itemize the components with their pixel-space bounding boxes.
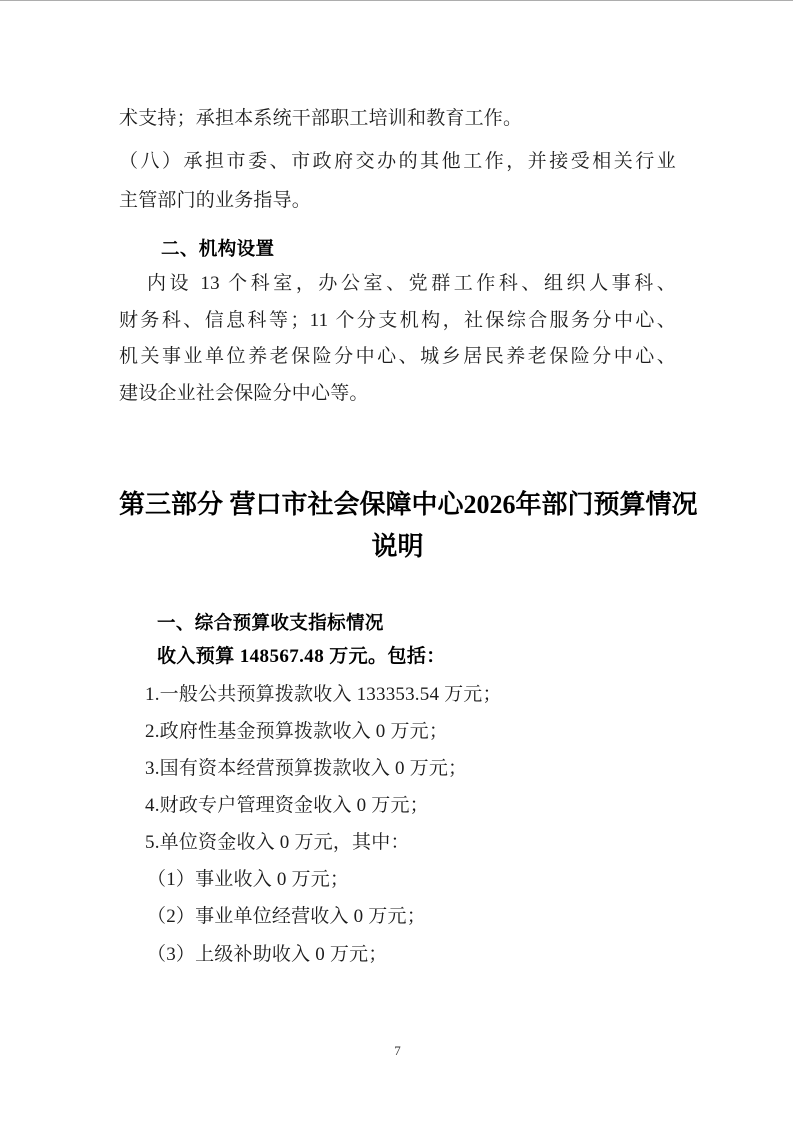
paragraph-line: 内设 13 个科室，办公室、党群工作科、组织人事科、 [119, 271, 676, 297]
list-item-4: 4.财政专户管理资金收入 0 万元； [119, 793, 676, 819]
paragraph-line: 财务科、信息科等；11 个分支机构，社保综合服务分中心、 [119, 308, 676, 334]
income-budget-lead: 收入预算 148567.48 万元。包括： [119, 644, 676, 670]
page-number: 7 [119, 1043, 676, 1059]
document-page: 术支持；承担本系统干部职工培训和教育工作。 （八）承担市委、市政府交办的其他工作… [0, 0, 793, 1123]
part-heading-line2: 说明 [119, 531, 676, 563]
sub-item-3: （3）上级补助收入 0 万元； [119, 942, 676, 968]
list-item-2: 2.政府性基金预算拨款收入 0 万元； [119, 719, 676, 745]
list-item-1: 1.一般公共预算拨款收入 133353.54 万元； [119, 682, 676, 708]
paragraph-line: 机关事业单位养老保险分中心、城乡居民养老保险分中心、 [119, 344, 676, 370]
sub-item-1: （1）事业收入 0 万元； [119, 867, 676, 893]
section-heading-budget-indicators: 一、综合预算收支指标情况 [119, 610, 676, 636]
sub-item-2: （2）事业单位经营收入 0 万元； [119, 904, 676, 930]
section-heading-org-setup: 二、机构设置 [119, 236, 676, 262]
list-item-3: 3.国有资本经营预算拨款收入 0 万元； [119, 756, 676, 782]
paragraph-line: 主管部门的业务指导。 [119, 188, 676, 214]
paragraph-line: 建设企业社会保险分中心等。 [119, 381, 676, 407]
part-heading-line1: 第三部分 营口市社会保障中心2026年部门预算情况 [119, 489, 676, 521]
paragraph-line: 术支持；承担本系统干部职工培训和教育工作。 [119, 106, 676, 132]
list-item-5: 5.单位资金收入 0 万元，其中： [119, 830, 676, 856]
paragraph-line: （八）承担市委、市政府交办的其他工作，并接受相关行业 [119, 149, 676, 175]
